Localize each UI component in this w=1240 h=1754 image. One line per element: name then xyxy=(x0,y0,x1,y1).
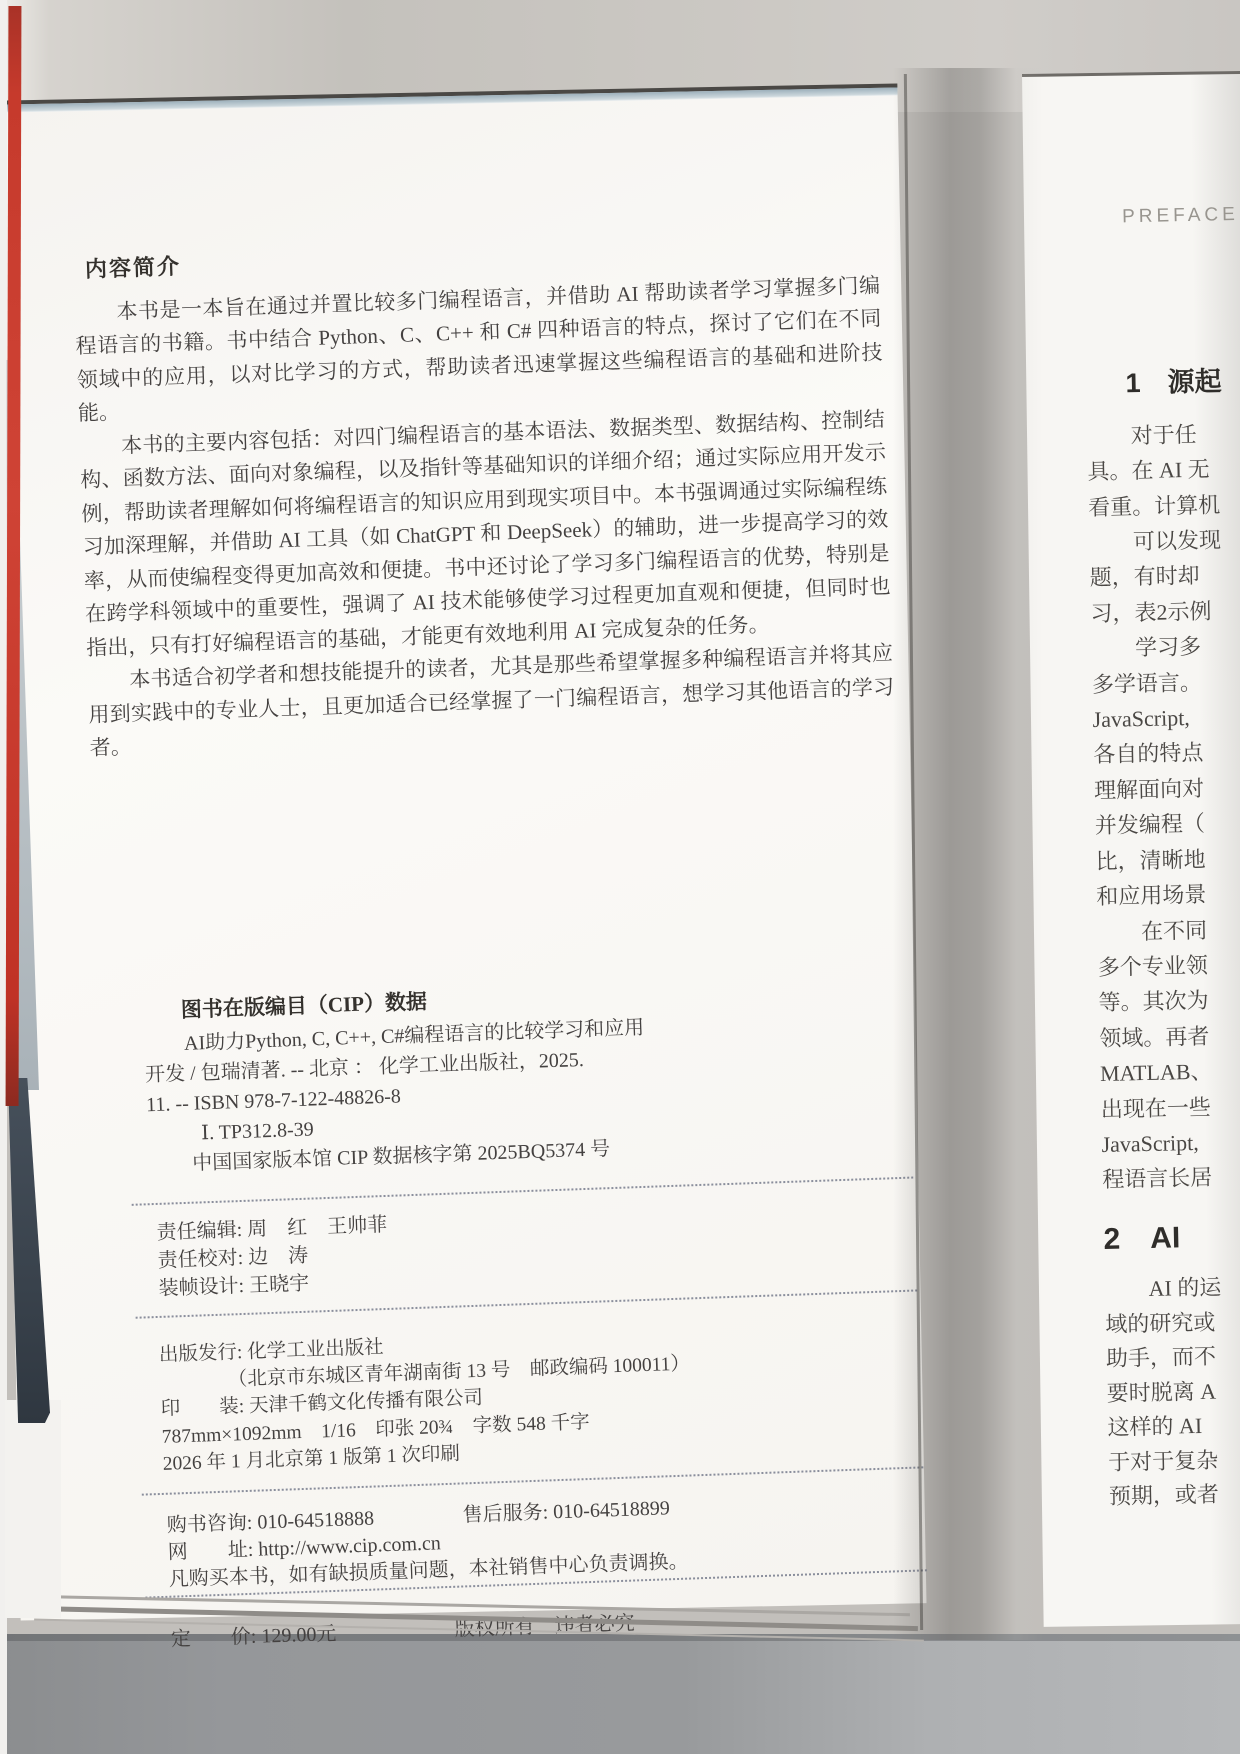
scanned-page: 内容简介 本书是一本旨在通过并置比较多门编程语言，并借助 AI 帮助读者学习掌握… xyxy=(0,83,927,1620)
text-fragment: 多学语言。 xyxy=(1092,660,1240,702)
section-heading-2: 2 AI xyxy=(1103,1215,1240,1257)
text-fragment: 学习多 xyxy=(1091,625,1240,667)
text-fragment: 领域。再者 xyxy=(1099,1014,1240,1056)
text-fragment: 这样的 AI xyxy=(1107,1404,1240,1445)
preface-label: PREFACE xyxy=(1122,193,1240,234)
text-fragment: 各自的特点 xyxy=(1093,731,1240,773)
contact-block: 购书咨询: 010-64518888 售后服务: 010-64518899 网 … xyxy=(166,1486,924,1593)
page-gutter-shadow xyxy=(893,68,1043,1640)
text-fragment: 预期，或者 xyxy=(1109,1473,1240,1514)
text-fragment: 看重。计算机 xyxy=(1088,483,1240,525)
text-fragment: 具。在 AI 无 xyxy=(1087,448,1240,490)
text-fragment: 助手，而不 xyxy=(1106,1335,1240,1376)
text-fragments-2: AI 的运 域的研究或 助手，而不 要时脱离 A 这样的 AI 于对于复杂 预期… xyxy=(1104,1266,1240,1514)
text-fragment: MATLAB、 xyxy=(1100,1049,1240,1091)
text-fragment: 并发编程（ xyxy=(1095,802,1240,844)
copyright-notice: 版权所有 违者必究 xyxy=(454,1607,635,1647)
text-fragment: 习，表2示例 xyxy=(1090,589,1240,631)
text-fragment: 可以发现 xyxy=(1089,518,1240,560)
text-fragment: AI 的运 xyxy=(1104,1266,1240,1307)
text-fragment: 对于任 xyxy=(1086,412,1240,454)
text-fragment: 程语言长居 xyxy=(1102,1156,1240,1198)
text-fragment: 比，清晰地 xyxy=(1095,837,1240,879)
page-corner-filler xyxy=(5,1400,61,1618)
text-fragment: JavaScript, xyxy=(1101,1120,1240,1162)
publishing-block: 出版发行: 化学工业出版社 （北京市东城区青年湖南街 13 号 邮政编码 100… xyxy=(158,1315,920,1478)
text-fragment: 多个专业领 xyxy=(1097,943,1240,985)
text-fragment: 和应用场景 xyxy=(1096,872,1240,914)
text-fragment: JavaScript, xyxy=(1092,695,1240,737)
text-fragment: 域的研究或 xyxy=(1105,1301,1240,1342)
text-fragment: 出现在一些 xyxy=(1100,1085,1240,1127)
cip-block: 图书在版编目（CIP）数据 AI助力Python, C, C++, C#编程语言… xyxy=(98,969,910,1181)
text-fragment: 题，有时却 xyxy=(1089,554,1240,596)
next-page-edge: PREFACE 1 源起 对于任 具。在 AI 无 看重。计算机 可以发现 题，… xyxy=(1022,71,1240,1627)
credits-block: 责任编辑: 周 红 王帅菲 责任校对: 边 涛 装帧设计: 王晓宇 xyxy=(156,1192,914,1302)
text-fragment: 在不同 xyxy=(1097,908,1240,950)
text-fragment: 要时脱离 A xyxy=(1106,1370,1240,1411)
page-content: 内容简介 本书是一本旨在通过并置比较多门编程语言，并借助 AI 帮助读者学习掌握… xyxy=(72,225,927,1658)
text-fragment: 等。其次为 xyxy=(1098,979,1240,1021)
summary-paragraph-2: 本书的主要内容包括：对四门编程语言的基本语法、数据类型、数据结构、控制结构、函数… xyxy=(79,403,893,665)
text-fragment: 理解面向对 xyxy=(1094,766,1240,808)
text-fragment: 于对于复杂 xyxy=(1108,1439,1240,1480)
text-fragments-1: 对于任 具。在 AI 无 看重。计算机 可以发现 题，有时却 习，表2示例 学习… xyxy=(1086,412,1240,1197)
next-page-content: PREFACE 1 源起 对于任 具。在 AI 无 看重。计算机 可以发现 题，… xyxy=(1082,193,1240,1514)
section-heading-1: 1 源起 xyxy=(1125,361,1240,402)
